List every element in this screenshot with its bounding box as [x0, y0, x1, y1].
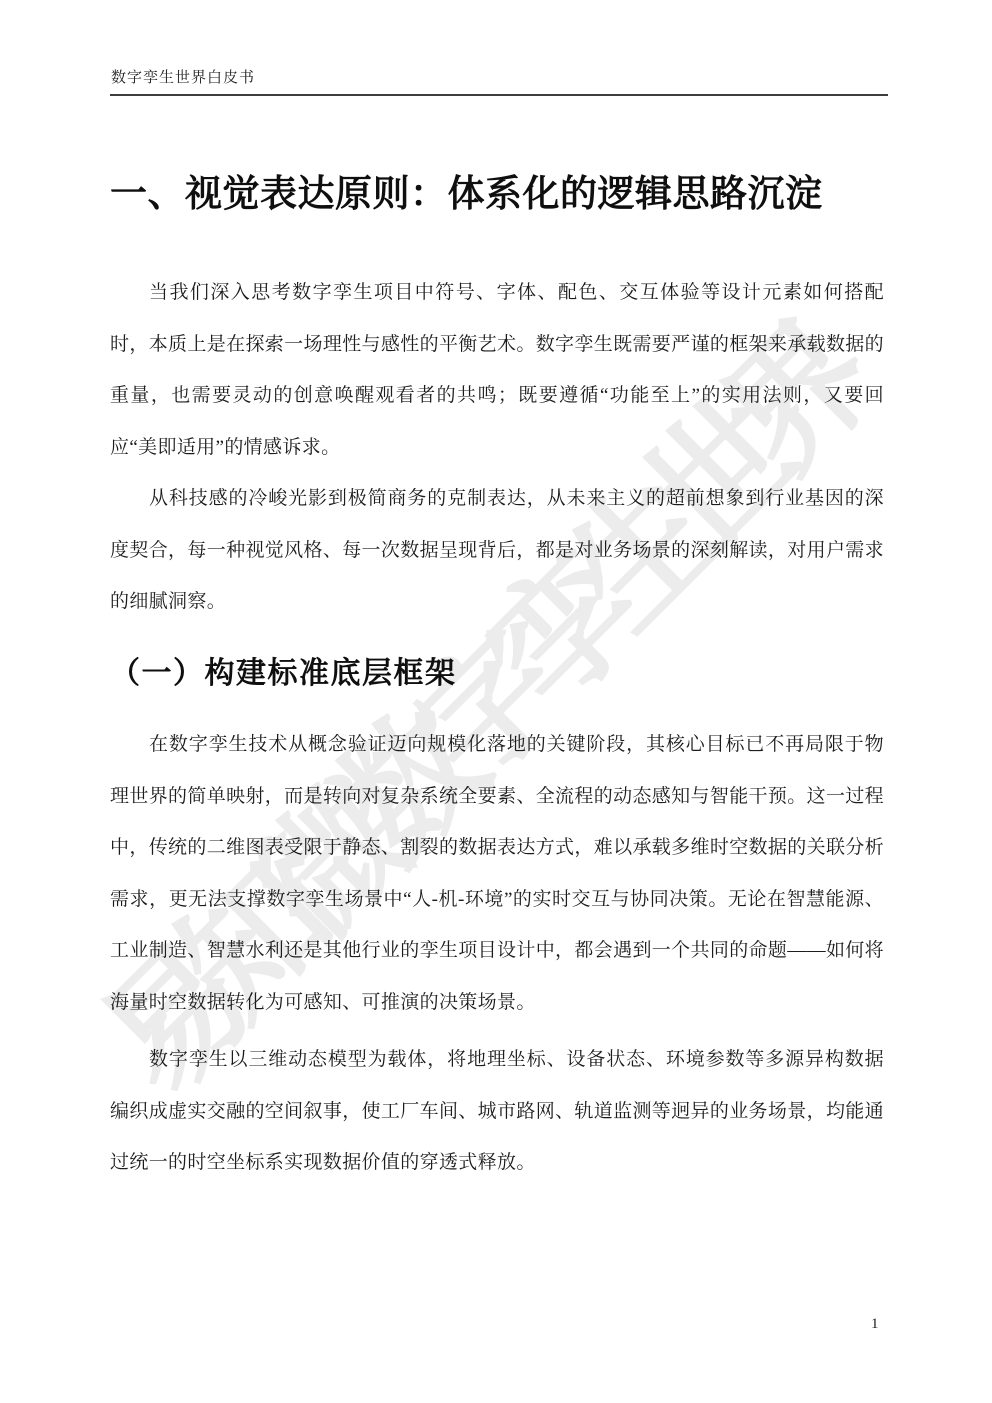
section-text-block-2: 数字孪生以三维动态模型为载体，将地理坐标、设备状态、环境参数等多源异构数据编织成…	[110, 1034, 884, 1189]
chapter-title: 一、视觉表达原则：体系化的逻辑思路沉淀	[110, 170, 910, 218]
page-number: 1	[871, 1316, 879, 1333]
section-heading: （一）构建标准底层框架	[110, 653, 810, 695]
intro-text-block: 当我们深入思考数字孪生项目中符号、字体、配色、交互体验等设计元素如何搭配时，本质…	[110, 267, 884, 628]
document-page: 易知微数字孪生世界 数字孪生世界白皮书 一、视觉表达原则：体系化的逻辑思路沉淀 …	[0, 0, 992, 1403]
intro-paragraph-2: 从科技感的冷峻光影到极简商务的克制表达，从未来主义的超前想象到行业基因的深度契合…	[110, 473, 884, 628]
section-text-block-1: 在数字孪生技术从概念验证迈向规模化落地的关键阶段，其核心目标已不再局限于物理世界…	[110, 719, 884, 1028]
section-paragraph-2: 数字孪生以三维动态模型为载体，将地理坐标、设备状态、环境参数等多源异构数据编织成…	[110, 1034, 884, 1189]
header-rule-divider	[110, 94, 888, 96]
running-header-title: 数字孪生世界白皮书	[111, 66, 255, 87]
intro-paragraph-1: 当我们深入思考数字孪生项目中符号、字体、配色、交互体验等设计元素如何搭配时，本质…	[110, 267, 884, 473]
section-paragraph-1: 在数字孪生技术从概念验证迈向规模化落地的关键阶段，其核心目标已不再局限于物理世界…	[110, 719, 884, 1028]
